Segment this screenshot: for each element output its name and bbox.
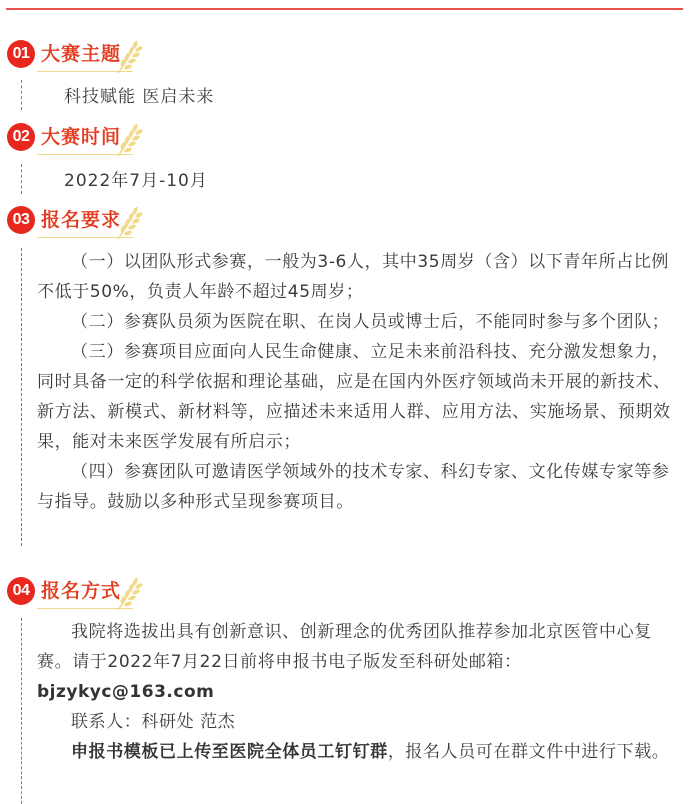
wheat-icon	[115, 203, 143, 241]
contact-email[interactable]: bjzykyc@163.com	[37, 682, 214, 702]
requirements-body: （一）以团队形式参赛，一般为3-6人，其中35周岁（含）以下青年所占比例不低于5…	[37, 247, 685, 517]
wheat-icon	[115, 37, 143, 75]
requirement-item: （四）参赛团队可邀请医学领域外的技术专家、科幻专家、文化传媒专家等参与指导。鼓励…	[37, 457, 685, 517]
section-number-badge: 01	[7, 40, 35, 68]
timeline-dash	[21, 618, 22, 804]
section-number-badge: 04	[7, 577, 35, 605]
section-number-badge: 02	[7, 123, 35, 151]
requirement-item: （二）参赛队员须为医院在职、在岗人员或博士后，不能同时参与多个团队；	[37, 307, 685, 337]
timeline-dash	[21, 80, 22, 110]
section-number-badge: 03	[7, 206, 35, 234]
section-title: 大赛主题	[41, 39, 121, 66]
section-title: 大赛时间	[41, 122, 121, 149]
top-divider	[6, 8, 683, 10]
requirement-item: （三）参赛项目应面向人民生命健康、立足未来前沿科技、充分激发想象力，同时具备一定…	[37, 337, 685, 457]
wheat-icon	[115, 120, 143, 158]
timeline-dash	[21, 164, 22, 194]
registration-intro: 我院将选拔出具有创新意识、创新理念的优秀团队推荐参加北京医管中心复赛。请于202…	[37, 617, 685, 677]
contact-person: 联系人：科研处 范杰	[37, 707, 685, 737]
section-title: 报名方式	[41, 576, 121, 603]
template-notice-rest: ，报名人员可在群文件中进行下载。	[388, 742, 670, 762]
template-notice-bold: 申报书模板已上传至医院全体员工钉钉群	[71, 742, 388, 762]
registration-body: 我院将选拔出具有创新意识、创新理念的优秀团队推荐参加北京医管中心复赛。请于202…	[37, 617, 685, 767]
theme-text: 科技赋能 医启未来	[64, 82, 214, 107]
timeline-dash	[21, 248, 22, 546]
wheat-icon	[115, 574, 143, 612]
section-title: 报名要求	[41, 205, 121, 232]
requirement-item: （一）以团队形式参赛，一般为3-6人，其中35周岁（含）以下青年所占比例不低于5…	[37, 247, 685, 307]
time-text: 2022年7月-10月	[64, 166, 208, 191]
